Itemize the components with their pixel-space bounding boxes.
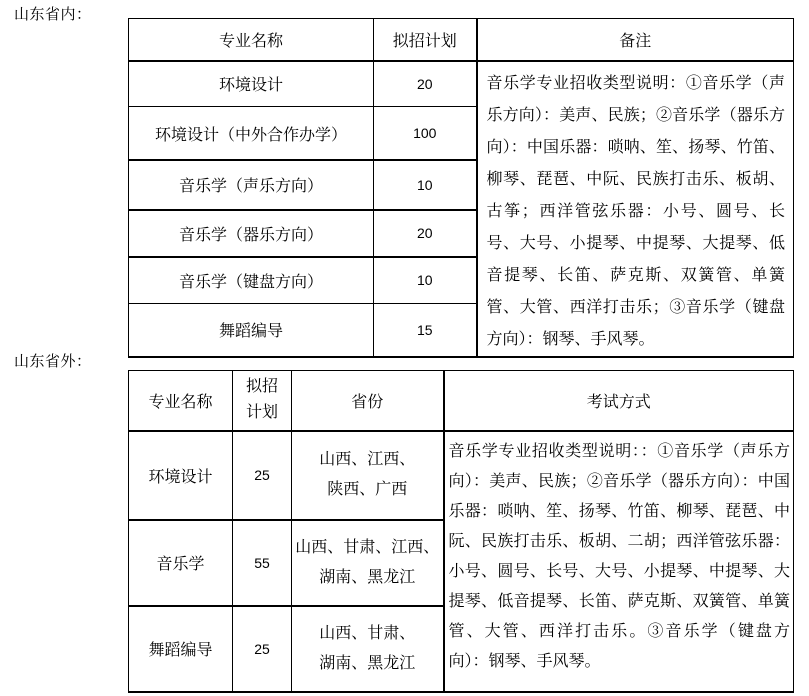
provinces-line1: 山西、江西、 <box>292 445 443 475</box>
in-province-table: 专业名称 拟招计划 备注 环境设计 20 音乐学专业招收类型说明：①音乐学（声乐… <box>128 18 794 358</box>
major-cell: 舞蹈编导 <box>129 303 374 356</box>
plan-cell: 20 <box>374 61 477 107</box>
section-label-in-province: 山东省内： <box>14 3 92 24</box>
major-cell: 音乐学（器乐方向） <box>129 210 374 257</box>
header-plan-line2: 计划 <box>233 400 291 426</box>
provinces-cell: 山西、甘肃、 湖南、黑龙江 <box>292 606 444 692</box>
header-plan-line1: 拟招 <box>233 374 291 400</box>
plan-cell: 10 <box>374 160 477 209</box>
provinces-cell: 山西、甘肃、江西、 湖南、黑龙江 <box>292 520 444 606</box>
provinces-line2: 湖南、黑龙江 <box>292 563 443 593</box>
plan-cell: 15 <box>374 303 477 356</box>
header-remark: 备注 <box>477 19 794 61</box>
major-cell: 环境设计 <box>129 431 233 520</box>
plan-cell: 55 <box>233 520 292 606</box>
header-plan: 拟招计划 <box>374 19 477 61</box>
major-cell: 舞蹈编导 <box>129 606 233 692</box>
header-provinces: 省份 <box>292 371 444 431</box>
plan-cell: 10 <box>374 257 477 303</box>
remark-cell: 音乐学专业招收类型说明：①音乐学（声乐方向）：美声、民族；②音乐学（器乐方向）：… <box>477 61 794 357</box>
major-cell: 环境设计 <box>129 61 374 107</box>
major-cell: 音乐学 <box>129 520 233 606</box>
section-label-out-province: 山东省外： <box>14 350 92 371</box>
plan-cell: 25 <box>233 606 292 692</box>
header-plan: 拟招 计划 <box>233 371 292 431</box>
plan-cell: 25 <box>233 431 292 520</box>
header-major: 专业名称 <box>129 371 233 431</box>
provinces-line1: 山西、甘肃、江西、 <box>292 533 443 563</box>
header-exam-method: 考试方式 <box>444 371 794 431</box>
exam-method-cell: 音乐学专业招收类型说明：：①音乐学（声乐方向）：美声、民族；②音乐学（器乐方向）… <box>444 431 794 692</box>
plan-cell: 20 <box>374 210 477 257</box>
provinces-line1: 山西、甘肃、 <box>292 619 443 649</box>
provinces-line2: 陕西、广西 <box>292 475 443 505</box>
plan-cell: 100 <box>374 107 477 160</box>
table-header-row: 专业名称 拟招 计划 省份 考试方式 <box>129 371 794 431</box>
table-header-row: 专业名称 拟招计划 备注 <box>129 19 794 61</box>
provinces-cell: 山西、江西、 陕西、广西 <box>292 431 444 520</box>
table-row: 环境设计 25 山西、江西、 陕西、广西 音乐学专业招收类型说明：：①音乐学（声… <box>129 431 794 520</box>
provinces-line2: 湖南、黑龙江 <box>292 649 443 679</box>
major-cell: 环境设计（中外合作办学） <box>129 107 374 160</box>
header-major: 专业名称 <box>129 19 374 61</box>
major-cell: 音乐学（声乐方向） <box>129 160 374 209</box>
table-row: 环境设计 20 音乐学专业招收类型说明：①音乐学（声乐方向）：美声、民族；②音乐… <box>129 61 794 107</box>
major-cell: 音乐学（键盘方向） <box>129 257 374 303</box>
out-province-table: 专业名称 拟招 计划 省份 考试方式 环境设计 25 山西、江西、 陕西、广西 … <box>128 370 794 693</box>
